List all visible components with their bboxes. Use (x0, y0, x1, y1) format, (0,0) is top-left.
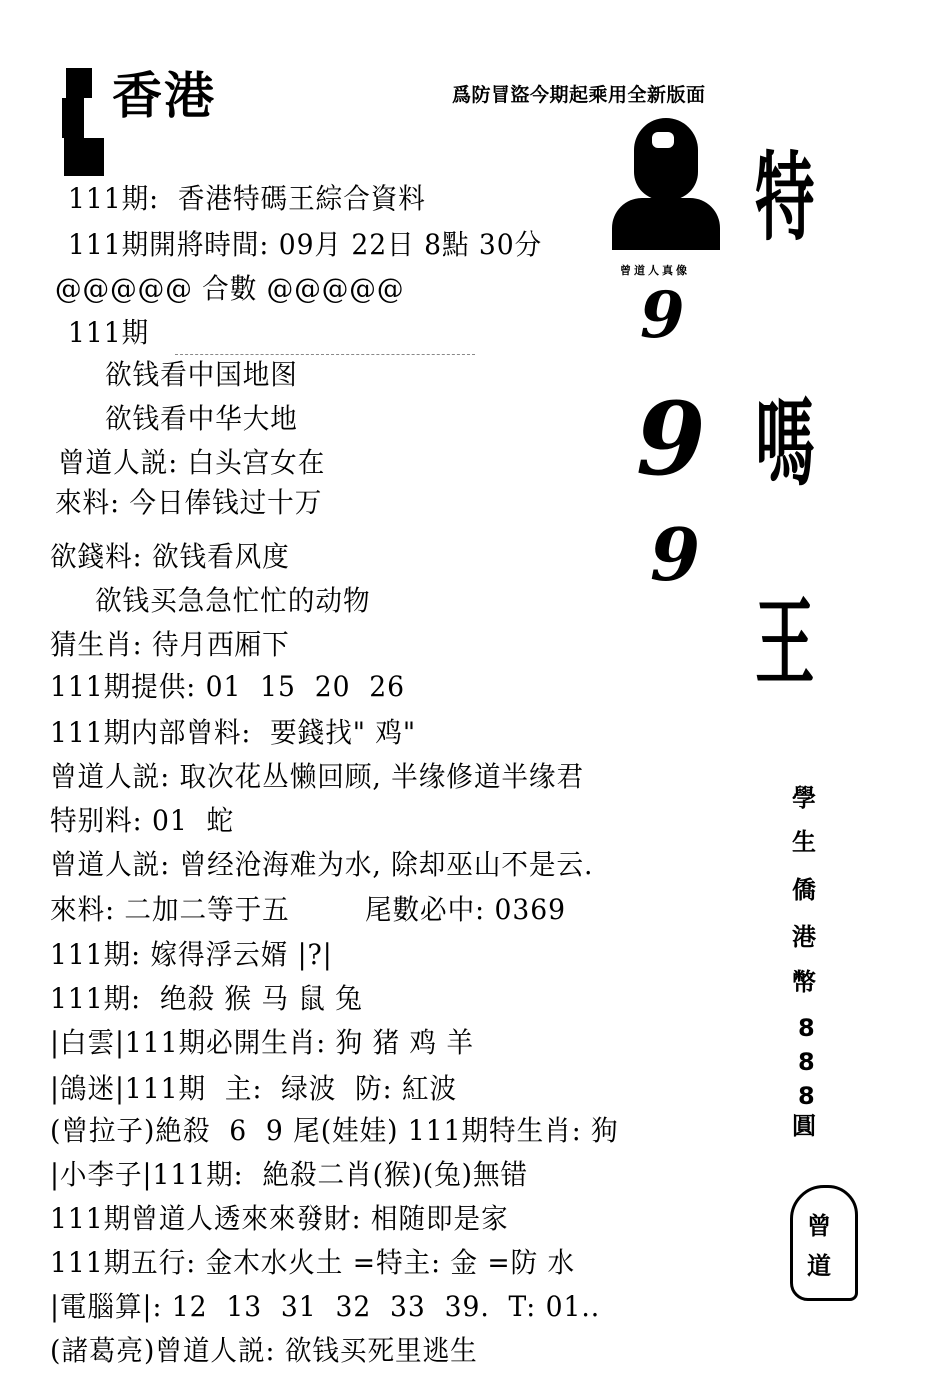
text-line: 曾道人説: 曾经沧海难为水, 除却巫山不是云. (50, 848, 593, 882)
text-line: 來料: 二加二等于五 尾數必中: 0369 (50, 893, 566, 927)
text-line: 欲钱看中华大地 (105, 402, 298, 436)
text-line: 111期: 香港特碼王綜合資料 (68, 182, 426, 216)
divider (175, 354, 475, 355)
text-line: 曾道人説: 取次花丛懒回顾, 半缘修道半缘君 (50, 760, 584, 794)
logo-title: 香港 (112, 66, 216, 126)
nine-1: 9 (640, 278, 685, 353)
text-line: |鴿迷|111期 主: 绿波 防: 紅波 (50, 1072, 457, 1106)
vertical-char: 學 (792, 786, 816, 810)
text-line: 111期提供: 01 15 20 26 (50, 670, 405, 704)
banner-char-ma: 嗎 (755, 395, 815, 491)
text-line: 111期曾道人透來來發財: 相随即是家 (50, 1202, 509, 1236)
text-line: 111期五行: 金木水火土 =特主: 金 =防 水 (50, 1246, 575, 1280)
text-line: 111期 (68, 316, 149, 350)
vertical-char: 8 (798, 1084, 815, 1108)
text-line: 111期: 绝殺 猴 马 鼠 兔 (50, 982, 363, 1016)
text-line: 111期内部曾料: 要錢找" 鸡" (50, 716, 416, 750)
text-line: |小李子|111期: 絶殺二肖(猴)(兔)無错 (50, 1158, 528, 1192)
vertical-char: 圓 (792, 1114, 816, 1138)
seal-stamp: 曾 道 (790, 1185, 858, 1301)
text-line: 欲錢料: 欲钱看风度 (50, 540, 290, 574)
text-line: 111期開將時間: 09月 22日 8點 30分 (68, 228, 542, 262)
portrait-caption: 曾道人真像 (620, 262, 690, 278)
banner-char-wang: 王 (755, 595, 815, 691)
vertical-char: 8 (798, 1050, 815, 1074)
vertical-char: 港 (792, 925, 816, 949)
text-line: |電腦算|: 12 13 31 32 33 39. T: 01.. (50, 1290, 600, 1324)
text-line: (曾拉子)絶殺 6 9 尾(娃娃) 111期特生肖: 狗 (50, 1114, 619, 1148)
text-line: 111期: 嫁得浮云婿 |?| (50, 938, 333, 972)
nine-3: 9 (650, 512, 700, 597)
text-line: (諸葛亮)曾道人説: 欲钱买死里逃生 (50, 1334, 478, 1368)
text-line: 來料: 今日俸钱过十万 (55, 486, 322, 520)
banner-char-te: 特 (755, 150, 815, 246)
seal-char: 曾 (807, 1206, 831, 1241)
text-line: 猜生肖: 待月西厢下 (50, 628, 290, 662)
text-line: 特别料: 01 蛇 (50, 804, 234, 838)
vertical-char: 幣 (792, 970, 816, 994)
text-line: 欲钱看中国地图 (105, 358, 298, 392)
seal-char: 道 (807, 1246, 831, 1281)
vertical-char: 生 (792, 830, 816, 854)
portrait-image (612, 118, 720, 258)
text-line: 欲钱买急急忙忙的动物 (95, 584, 371, 618)
vertical-char: 僑 (792, 878, 816, 902)
text-line: |白雲|111期必開生肖: 狗 猪 鸡 羊 (50, 1026, 474, 1060)
nine-2: 9 (636, 380, 706, 498)
notice-text: 爲防冒盜今期起乘用全新版面 (452, 80, 706, 107)
text-line: @@@@@ 合數 @@@@@ (55, 272, 404, 306)
vertical-char: 8 (798, 1016, 815, 1040)
text-line: 曾道人説: 白头宫女在 (58, 446, 325, 480)
